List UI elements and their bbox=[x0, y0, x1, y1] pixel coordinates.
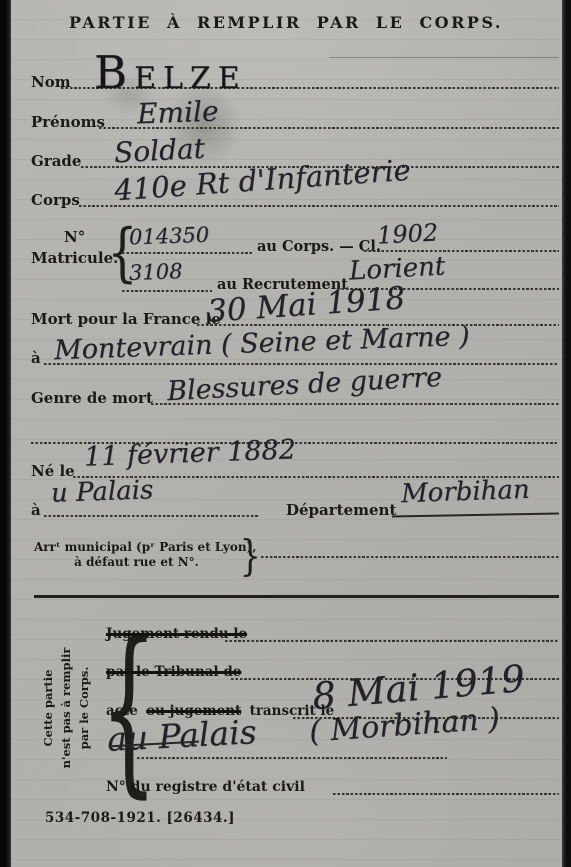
tribunal-label: par le Tribunal de bbox=[106, 664, 241, 680]
lieu-naissance-label: à bbox=[31, 501, 41, 519]
matricule-label: Matricule. bbox=[31, 249, 118, 267]
scan-left-edge bbox=[0, 0, 11, 867]
registre-label: N° du registre d'état civil bbox=[106, 779, 305, 795]
ne-le-value: 11 février 1882 bbox=[84, 434, 297, 472]
scanned-death-record-card: { "document": { "title": "PARTIE À REMPL… bbox=[0, 0, 571, 867]
classe-line bbox=[364, 250, 559, 252]
lieu-deces-label: à bbox=[31, 349, 41, 367]
classe-value: 1902 bbox=[376, 218, 438, 249]
lieu-naissance-line bbox=[44, 515, 259, 517]
lieu-transcription-value: au Palais bbox=[106, 712, 257, 759]
departement-underline bbox=[392, 513, 559, 518]
arr-municipal-line bbox=[261, 556, 559, 558]
departement-label: Département bbox=[286, 501, 396, 519]
grade-value: Soldat bbox=[113, 132, 205, 170]
mort-label: Mort pour la France le bbox=[31, 310, 221, 328]
prenoms-value: Emile bbox=[136, 95, 219, 131]
nom-value: BELZE bbox=[94, 46, 247, 99]
genre-mort-value: Blessures de guerre bbox=[166, 362, 442, 407]
transcription-prefix: acte bbox=[106, 703, 138, 719]
registre-line bbox=[333, 793, 559, 795]
arr-municipal-label-line2: à défaut rue et N°. bbox=[34, 555, 239, 569]
marginal-note-line1: Cette partie bbox=[40, 623, 58, 793]
prenoms-label: Prénoms bbox=[31, 113, 105, 131]
arr-municipal-label-line1: Arrᵗ municipal (pʳ Paris et Lyon), bbox=[34, 540, 256, 554]
lieu-naissance-value: u Palais bbox=[51, 475, 154, 509]
departement-value: Morbihan bbox=[401, 475, 531, 509]
grade-label: Grade bbox=[31, 152, 81, 170]
au-corps-label: au Corps. — Cl. bbox=[257, 238, 381, 255]
marginal-note-line2: n'est pas à remplir bbox=[58, 623, 76, 793]
corps-line bbox=[79, 205, 559, 207]
matricule-recrutement-number: 3108 bbox=[129, 259, 183, 285]
marginal-note-line3: par le Corps. bbox=[76, 623, 94, 793]
record-card: PARTIE À REMPLIR PAR LE CORPS. Nom BELZE… bbox=[9, 0, 563, 867]
scan-right-edge bbox=[562, 0, 571, 867]
matricule-recrutement-line bbox=[122, 290, 212, 292]
section-divider bbox=[34, 595, 559, 598]
genre-mort-label: Genre de mort bbox=[31, 389, 153, 407]
matricule-corps-line bbox=[122, 252, 254, 254]
arr-municipal-brace: } bbox=[240, 535, 261, 577]
page-title: PARTIE À REMPLIR PAR LE CORPS. bbox=[9, 13, 563, 32]
footer-reference: 534-708-1921. [26434.] bbox=[45, 810, 235, 826]
corps-label: Corps bbox=[31, 191, 80, 209]
jugement-line bbox=[225, 640, 559, 642]
marginal-note: Cette partie n'est pas à remplir par le … bbox=[40, 623, 94, 793]
matricule-label-no: N° bbox=[64, 228, 85, 246]
lieu-transcription-line bbox=[137, 757, 447, 759]
matricule-corps-number: 014350 bbox=[129, 223, 210, 250]
ruling-line bbox=[329, 57, 559, 58]
